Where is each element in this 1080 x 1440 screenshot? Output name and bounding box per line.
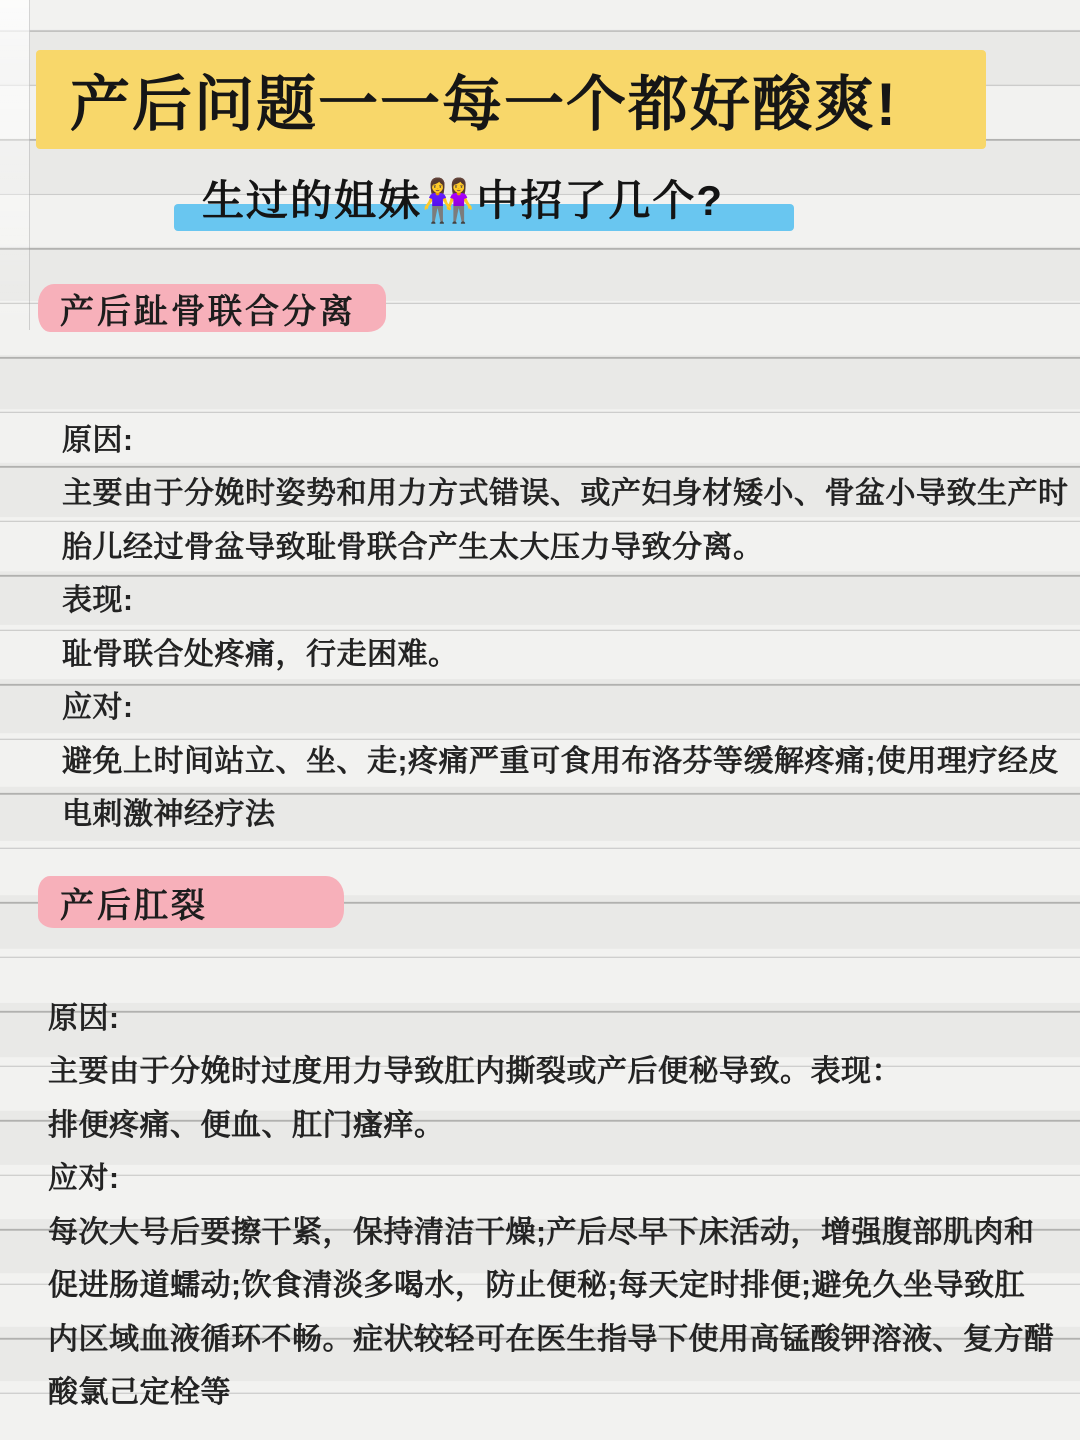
cause-text-line: 胎儿经过骨盆导致耻骨联合产生太大压力导致分离。: [62, 517, 1070, 571]
response-text-line: 电刺激神经疗法: [62, 785, 1070, 839]
response-text-line: 每次大号后要擦干紧，保持清洁干燥;产后尽早下床活动，增强腹部肌肉和: [48, 1202, 1070, 1256]
subtitle-text: 生过的姐妹👭中招了几个?: [202, 168, 724, 228]
notebook-page: 产后问题一一每一个都好酸爽! 生过的姐妹👭中招了几个? 产后趾骨联合分离 原因:…: [0, 0, 1080, 1440]
symptoms-text-line: 耻骨联合处疼痛，行走困难。: [62, 624, 1070, 678]
subtitle-text-after: 中招了几个?: [476, 177, 724, 224]
response-text-line: 酸氯己定栓等: [48, 1363, 1070, 1417]
label-response: 应对:: [62, 678, 1070, 732]
section-body-anal-fissure: 原因: 主要由于分娩时过度用力导致肛内撕裂或产后便秘导致。表现： 排便疼痛、便血…: [48, 988, 1070, 1416]
response-text-line: 促进肠道蠕动;饮食清淡多喝水，防止便秘;每天定时排便;避免久坐导致肛: [48, 1256, 1070, 1310]
title-highlight-block: 产后问题一一每一个都好酸爽!: [36, 50, 986, 149]
label-cause: 原因:: [62, 410, 1070, 464]
cause-text-line: 主要由于分娩时过度用力导致肛内撕裂或产后便秘导致。表现：: [48, 1042, 1070, 1096]
cause-text-line: 主要由于分娩时姿势和用力方式错误、或产妇身材矮小、骨盆小导致生产时: [62, 464, 1070, 518]
section-heading-pubic-separation: 产后趾骨联合分离: [38, 284, 386, 332]
label-response: 应对:: [48, 1149, 1070, 1203]
page-left-edge: [0, 0, 30, 330]
section-heading-anal-fissure: 产后肛裂: [38, 876, 344, 928]
subtitle: 生过的姐妹👭中招了几个?: [174, 168, 814, 232]
symptoms-text-line: 排便疼痛、便血、肛门瘙痒。: [48, 1095, 1070, 1149]
subtitle-text-before: 生过的姐妹: [202, 177, 422, 224]
response-text-line: 避免上时间站立、坐、走;疼痛严重可食用布洛芬等缓解疼痛;使用理疗经皮: [62, 731, 1070, 785]
two-women-emoji: 👭: [422, 177, 476, 224]
label-cause: 原因:: [48, 988, 1070, 1042]
section-body-pubic-separation: 原因: 主要由于分娩时姿势和用力方式错误、或产妇身材矮小、骨盆小导致生产时 胎儿…: [62, 410, 1070, 838]
label-symptoms: 表现:: [62, 571, 1070, 625]
page-title: 产后问题一一每一个都好酸爽!: [36, 57, 898, 143]
response-text-line: 内区域血液循环不畅。症状较轻可在医生指导下使用高锰酸钾溶液、复方醋: [48, 1309, 1070, 1363]
